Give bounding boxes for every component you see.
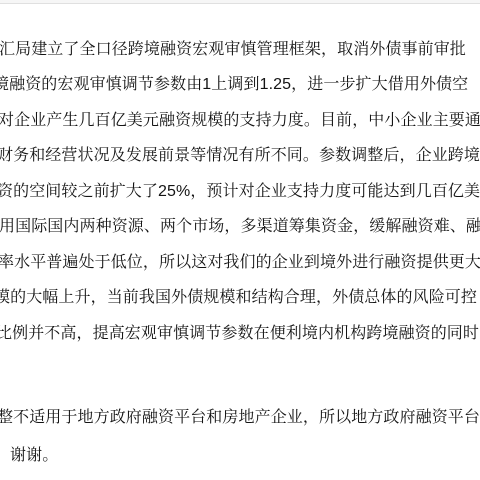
text-line-3: 对企业产生几百亿美元融资规模的支持力度。目前，中小企业主要通 [0, 111, 480, 131]
text-line-6: 用国际国内两种资源、两个市场，多渠道筹集资金，缓解融资难、融 [0, 217, 480, 237]
document-page: 汇局建立了全口径跨境融资宏观审慎管理框架，取消外债事前审批 境融资的宏观审慎调节… [0, 0, 480, 480]
text-line-2: 境融资的宏观审慎调节参数由1上调到1.25，进一步扩大借用外债空 [0, 75, 468, 95]
text-line-11: 谢谢。 [10, 446, 58, 466]
text-line-9: 比例并不高，提高宏观审慎调节参数在便利境内机构跨境融资的同时 [0, 324, 479, 344]
text-line-1: 汇局建立了全口径跨境融资宏观审慎管理框架，取消外债事前审批 [0, 40, 466, 60]
text-line-5: 资的空间较之前扩大了25%，预计对企业支持力度可能达到几百亿美 [0, 182, 480, 202]
window-top-edge [0, 0, 480, 4]
text-line-10: 整不适用于地方政府融资平台和房地产企业，所以地方政府融资平台 [0, 408, 480, 428]
text-line-8: 模的大幅上升，当前我国外债规模和结构合理，外债总体的风险可控 [0, 288, 477, 308]
text-line-7: 率水平普遍处于低位，所以这对我们的企业到境外进行融资提供更大 [0, 253, 480, 273]
text-line-4: 财务和经营状况及发展前景等情况有所不同。参数调整后，企业跨境 [0, 146, 480, 166]
